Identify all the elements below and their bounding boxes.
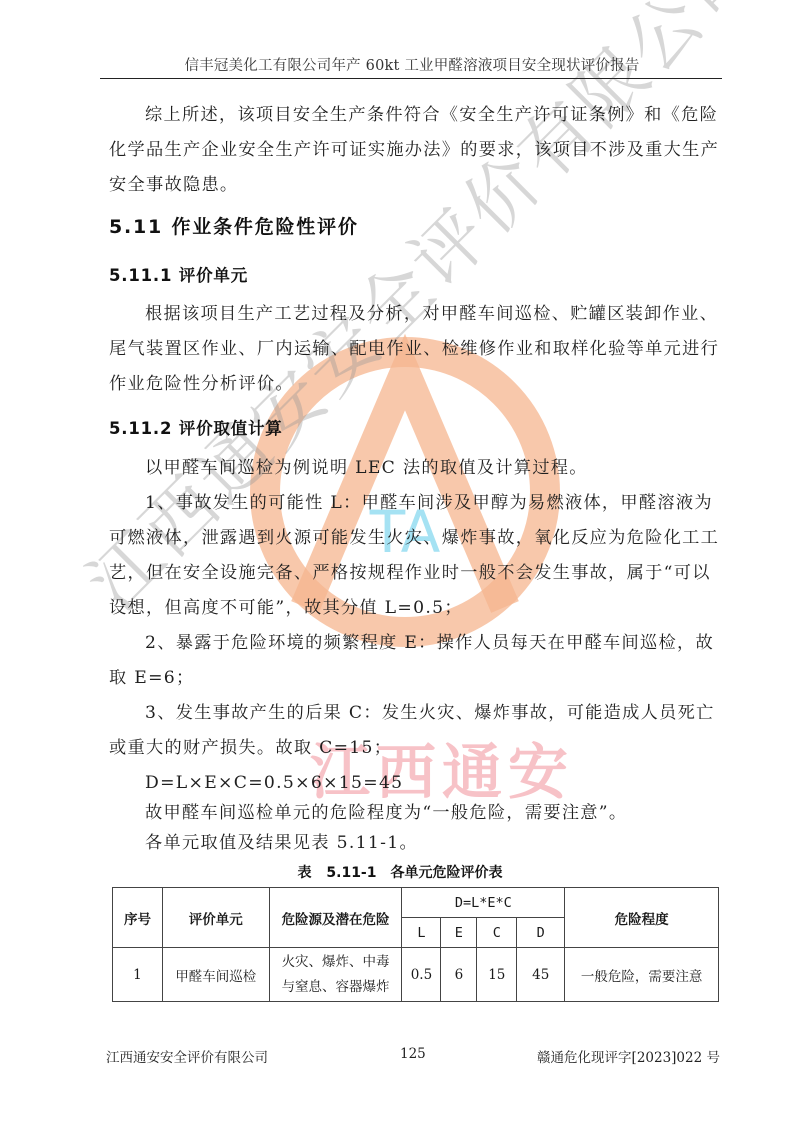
cell-hazard-line-2: 与窒息、容器爆炸: [270, 975, 402, 1000]
calc-intro-paragraph: 以甲醛车间巡检为例说明 LEC 法的取值及计算过程。: [109, 451, 725, 486]
cell-hazard: 火灾、爆炸、中毒 与窒息、容器爆炸: [269, 948, 402, 1002]
calc-likelihood-paragraph: 1、事故发生的可能性 L：甲醛车间涉及甲醇为易燃液体，甲醛溶液为可燃液体，泄露遇…: [109, 486, 725, 626]
cell-D: 45: [517, 948, 565, 1002]
header-formula: D=L*E*C: [402, 888, 565, 918]
header-L: L: [402, 918, 441, 948]
table-caption: 表 5.11-1 各单元危险评价表: [0, 862, 800, 882]
calc-consequence-paragraph: 3、发生事故产生的后果 C：发生火灾、爆炸事故，可能造成人员死亡或重大的财产损失…: [109, 696, 725, 766]
table-row: 1 甲醛车间巡检 火灾、爆炸、中毒 与窒息、容器爆炸 0.5 6 15 45 一…: [113, 948, 719, 1002]
footer-doc-number: 赣通危化现评字[2023]022 号: [537, 1046, 720, 1066]
calc-table-reference: 各单元取值及结果见表 5.11-1。: [109, 826, 725, 861]
subsection-heading-value-calculation: 5.11.2 评价取值计算: [109, 415, 283, 439]
footer-company: 江西通安安全评价有限公司: [106, 1046, 268, 1066]
subsection-heading-evaluation-units: 5.11.1 评价单元: [109, 262, 248, 286]
cell-no: 1: [113, 948, 163, 1002]
header-hazard: 危险源及潜在危险: [269, 888, 402, 948]
calc-exposure-paragraph: 2、暴露于危险环境的频繁程度 E：操作人员每天在甲醛车间巡检，故取 E=6；: [109, 626, 725, 696]
cell-level: 一般危险，需要注意: [565, 948, 719, 1002]
header-C: C: [477, 918, 517, 948]
cell-E: 6: [441, 948, 477, 1002]
cell-unit: 甲醛车间巡检: [162, 948, 269, 1002]
header-level: 危险程度: [565, 888, 719, 948]
header-divider: [100, 78, 722, 79]
intro-paragraph: 综上所述，该项目安全生产条件符合《安全生产许可证条例》和《危险化学品生产企业安全…: [109, 98, 725, 203]
cell-L: 0.5: [402, 948, 441, 1002]
cell-hazard-line-1: 火灾、爆炸、中毒: [270, 950, 402, 975]
section-heading: 5.11 作业条件危险性评价: [109, 212, 359, 239]
evaluation-units-paragraph: 根据该项目生产工艺过程及分析，对甲醛车间巡检、贮罐区装卸作业、尾气装置区作业、厂…: [109, 297, 725, 402]
risk-evaluation-table: 序号 评价单元 危险源及潜在危险 D=L*E*C 危险程度 L E C D 1 …: [112, 887, 719, 1002]
header-unit: 评价单元: [162, 888, 269, 948]
page-header-title: 信丰冠美化工有限公司年产 60kt 工业甲醛溶液项目安全现状评价报告: [102, 54, 722, 75]
header-no: 序号: [113, 888, 163, 948]
header-E: E: [441, 918, 477, 948]
page-number: 125: [400, 1046, 426, 1062]
header-D: D: [517, 918, 565, 948]
cell-C: 15: [477, 948, 517, 1002]
